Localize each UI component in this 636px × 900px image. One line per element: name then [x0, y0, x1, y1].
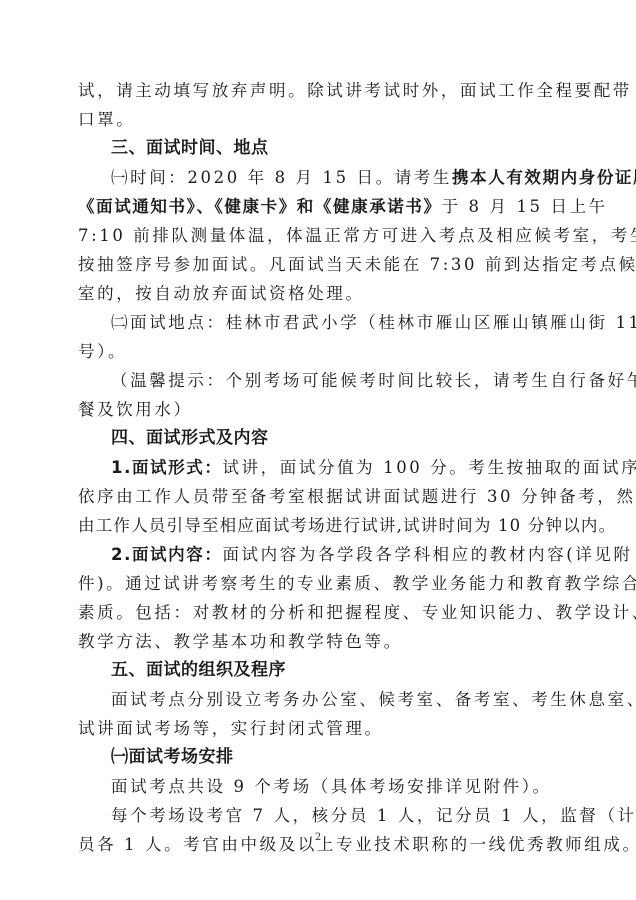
paragraph-line: 1.面试形式：试讲，面试分值为 100 分。考生按抽取的面试序号 [78, 453, 598, 482]
subsection-heading: ㈠面试考场安排 [78, 743, 598, 772]
paragraph-line: 《面试通知书》、《健康卡》和《健康承诺书》于 8 月 15 日上午 [78, 192, 598, 221]
required-documents-cont: 《面试通知书》、《健康卡》和《健康承诺书》 [78, 197, 442, 216]
page-number: 2 [0, 832, 636, 843]
paragraph-line: 素质。包括：对教材的分析和把握程度、专业知识能力、教学设计、 [78, 598, 598, 627]
paragraph-line: 件)。通过试讲考察考生的专业素质、教学业务能力和教育教学综合 [78, 569, 598, 598]
paragraph-line: 试讲面试考场等，实行封闭式管理。 [78, 714, 598, 743]
paragraph-line: 依序由工作人员带至备考室根据试讲面试题进行 30 分钟备考，然后 [78, 482, 598, 511]
content-label: 2.面试内容： [111, 545, 222, 564]
section-heading-4: 四、面试形式及内容 [78, 424, 598, 453]
section-heading-5: 五、面试的组织及程序 [78, 656, 598, 685]
required-documents: 携本人有效期内身份证原件、 [452, 168, 636, 187]
date-text: 于 8 月 15 日上午 [442, 197, 608, 216]
paragraph-line: 口罩。 [78, 105, 598, 134]
paragraph-line: 号）。 [78, 337, 598, 366]
paragraph-line: 室的，按自动放弃面试资格处理。 [78, 279, 598, 308]
format-label: 1.面试形式： [111, 458, 222, 477]
paragraph-line: ㈡面试地点：桂林市君武小学（桂林市雁山区雁山镇雁山街 115 [78, 308, 598, 337]
paragraph-line: 7:10 前排队测量体温，体温正常方可进入考点及相应候考室，考生 [78, 221, 598, 250]
paragraph-line: 按抽签序号参加面试。凡面试当天未能在 7:30 前到达指定考点候考 [78, 250, 598, 279]
document-page: 试，请主动填写放弃声明。除试讲考试时外，面试工作全程要配带 口罩。 三、面试时间… [78, 76, 598, 859]
time-label: ㈠时间：2020 年 8 月 15 日。请考生 [111, 168, 452, 187]
format-text: 试讲，面试分值为 100 分。考生按抽取的面试序号 [222, 458, 636, 477]
paragraph-line: 2.面试内容：面试内容为各学段各学科相应的教材内容(详见附 [78, 540, 598, 569]
content-text: 面试内容为各学段各学科相应的教材内容(详见附 [222, 545, 632, 564]
tip-line: （温馨提示：个别考场可能候考时间比较长，请考生自行备好午 [78, 366, 598, 395]
paragraph-line: 面试考点分别设立考务办公室、候考室、备考室、考生休息室、 [78, 685, 598, 714]
paragraph-line: 试，请主动填写放弃声明。除试讲考试时外，面试工作全程要配带 [78, 76, 598, 105]
tip-line: 餐及饮用水） [78, 395, 598, 424]
section-heading-3: 三、面试时间、地点 [78, 134, 598, 163]
paragraph-line: 由工作人员引导至相应面试考场进行试讲,试讲时间为 10 分钟以内。 [78, 511, 598, 540]
paragraph-line: 每个考场设考官 7 人，核分员 1 人，记分员 1 人，监督（计时） [78, 801, 598, 830]
paragraph-line: 教学方法、教学基本功和教学特色等。 [78, 627, 598, 656]
paragraph-line: 面试考点共设 9 个考场（具体考场安排详见附件）。 [78, 772, 598, 801]
paragraph-line: ㈠时间：2020 年 8 月 15 日。请考生携本人有效期内身份证原件、 [78, 163, 598, 192]
